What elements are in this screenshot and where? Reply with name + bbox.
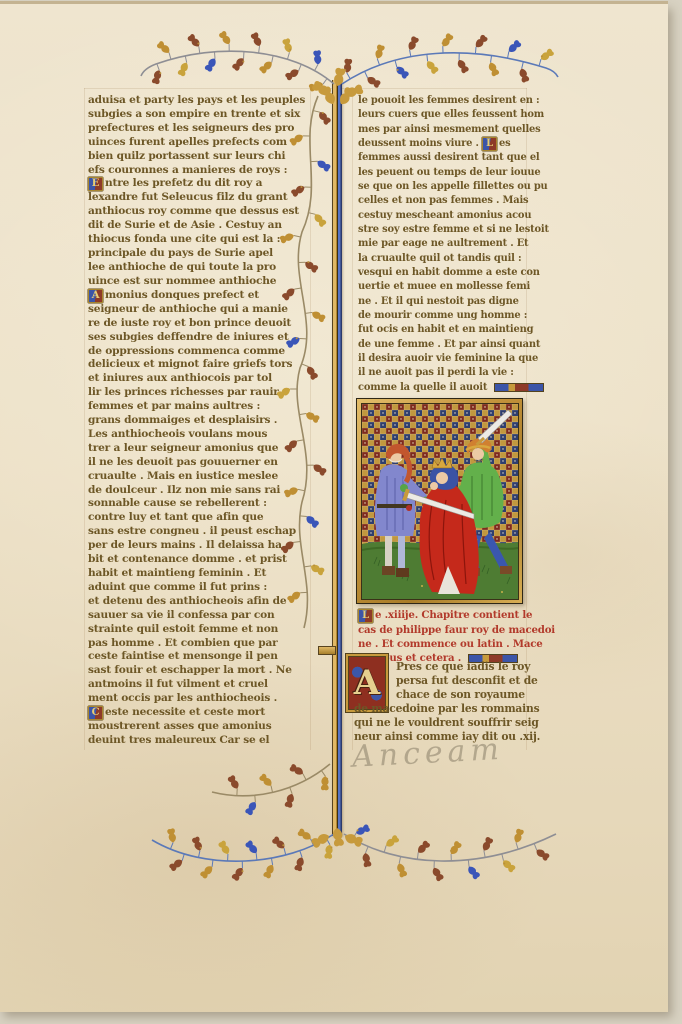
text-line: Ceste necessite et ceste mort xyxy=(88,706,314,720)
text-line: le pouoit les femmes desirent en : xyxy=(358,94,530,108)
champie-initial: A xyxy=(88,289,103,303)
text-line: sans estre congneu . il peust eschap xyxy=(88,525,314,539)
text-line: de doulceur . Ilz non mie sans rai xyxy=(88,484,314,498)
text-line: Les anthiocheois voulans mous xyxy=(88,428,314,442)
text-line: contre luy et tant que afin que xyxy=(88,511,314,525)
text-line: thiocus fonda une cite qui est la : xyxy=(88,233,314,247)
text-column-left: aduisa et party les pays et les peupless… xyxy=(88,94,314,748)
text-line: celles et non pas femmes . Mais xyxy=(358,194,530,208)
ruling-line xyxy=(352,88,353,750)
champie-initial: E xyxy=(88,177,103,191)
text-line: aduint que comme il fut prins : xyxy=(88,581,314,595)
text-line: chace de son royaume xyxy=(396,688,536,702)
text-line: ne . Et commence ou latin . Mace xyxy=(358,637,534,651)
text-line: cruaulte . Mais en iustice meslee xyxy=(88,470,314,484)
text-line: subgies a son empire en trente et six xyxy=(88,108,314,122)
text-line: per de leurs mains . Il delaissa ha xyxy=(88,539,314,553)
text-line: mes par ainsi mesmement quelles xyxy=(358,123,530,137)
text-line: deussent moins viure . Les xyxy=(358,137,530,151)
text-line: bit et contenance domme . et prist xyxy=(88,553,314,567)
text-line: cas de philippe faur roy de macedoi xyxy=(358,623,534,637)
chapter-text-indented: Pres ce que iadis le roypersa fut descon… xyxy=(396,660,536,703)
text-line: sonnable cause se rebellerent : xyxy=(88,497,314,511)
miniature-assassination-scene xyxy=(356,398,523,604)
text-line: lee anthioche de qui toute la pro xyxy=(88,261,314,275)
text-line: habit et maintieng feminin . Et xyxy=(88,567,314,581)
text-line: strainte quil estoit femme et non xyxy=(88,623,314,637)
text-line: femmes et par mains aultres : xyxy=(88,400,314,414)
text-line: grans dommaiges et desplaisirs . xyxy=(88,414,314,428)
text-line: delicieux et mignot faire griefs tors xyxy=(88,358,314,372)
text-line: de mourir comme ung homme : xyxy=(358,309,530,323)
gold-bar-elbow xyxy=(318,646,336,655)
text-line: bien quilz portassent sur leurs chi xyxy=(88,150,314,164)
text-line: Entre les prefetz du dit roy a xyxy=(88,177,314,191)
text-line: lexandre fut Seleucus filz du grant xyxy=(88,191,314,205)
text-line: ses subgies deffendre de iniures et xyxy=(88,331,314,345)
text-line: Amonius donques prefect et xyxy=(88,289,314,303)
text-line: uinces furent apelles prefects com xyxy=(88,136,314,150)
text-line: comme la quelle il auoit xyxy=(358,381,530,395)
text-line: lir les princes richesses par rauir xyxy=(88,386,314,400)
text-line: il ne les deuoit pas gouuerner en xyxy=(88,456,314,470)
text-line: de une femme . Et par ainsi quant xyxy=(358,338,530,352)
champie-initial: C xyxy=(88,706,103,720)
text-line: et iniures aux anthiocois par tol xyxy=(88,372,314,386)
text-line: antmoins il fut vilment et cruel xyxy=(88,678,314,692)
text-column-right: le pouoit les femmes desirent en :leurs … xyxy=(358,94,530,395)
text-line: vesqui en habit domme a este con xyxy=(358,266,530,280)
text-line: cestuy mescheant amonius acou xyxy=(358,209,530,223)
line-filler xyxy=(494,383,544,392)
gold-bar-border xyxy=(332,80,342,836)
text-line: uertie et muee en mollesse femi xyxy=(358,280,530,294)
text-line: principale du pays de Surie apel xyxy=(88,247,314,261)
ruling-line xyxy=(84,88,527,89)
text-line: sast fouir et eschapper la mort . Ne xyxy=(88,664,314,678)
text-line: les peuent ou temps de leur iouue xyxy=(358,166,530,180)
manuscript-page: aduisa et party les pays et les peupless… xyxy=(0,0,682,1024)
text-line: qui ne le vouldrent souffrir seig xyxy=(354,716,534,730)
text-line: seigneur de anthioche qui a manie xyxy=(88,303,314,317)
text-line: et detenu des anthiocheois afin de xyxy=(88,595,314,609)
text-line: anthiocus roy comme que dessus est xyxy=(88,205,314,219)
text-line: re de iuste roy et bon prince deuoit xyxy=(88,317,314,331)
champie-initial: L xyxy=(482,137,497,151)
text-line: stre soy estre femme et si ne lestoit xyxy=(358,223,530,237)
text-line: de oppressions commenca comme xyxy=(88,345,314,359)
text-line: dit de Surie et de Asie . Cestuy an xyxy=(88,219,314,233)
text-line: la cruaulte quil ot tandis quil : xyxy=(358,252,530,266)
text-line: prefectures et les seigneurs des pro xyxy=(88,122,314,136)
text-line: il ne auoit pas il perdi la vie : xyxy=(358,366,530,380)
text-line: ne . Et il qui nestoit pas digne xyxy=(358,295,530,309)
text-line: se que on les appelle fillettes ou pu xyxy=(358,180,530,194)
text-line: il desira auoir vie feminine la que xyxy=(358,352,530,366)
text-line: pas homme . Et combien que par xyxy=(88,637,314,651)
text-line: moustrerent asses que amonius xyxy=(88,720,314,734)
ruling-line xyxy=(84,88,85,750)
text-line: leurs cuers que elles feussent hom xyxy=(358,108,530,122)
text-line: trer a leur seigneur amonius que xyxy=(88,442,314,456)
text-line: femmes aussi desirent tant que el xyxy=(358,151,530,165)
text-line: ceste faintise et mensonge il pen xyxy=(88,650,314,664)
text-line: uince est sur nommee anthioche xyxy=(88,275,314,289)
text-line: Pres ce que iadis le roy xyxy=(396,660,536,674)
text-line: aduisa et party les pays et les peuples xyxy=(88,94,314,108)
text-line: Le .xiiije. Chapitre contient le xyxy=(358,608,534,623)
text-line: mie par eage ne aultrement . Et xyxy=(358,237,530,251)
text-line: fut ocis en habit et en maintieng xyxy=(358,323,530,337)
text-line: persa fut desconfit et de xyxy=(396,674,536,688)
text-line: sauuer sa vie il confessa par con xyxy=(88,609,314,623)
text-line: de macedoine par les rommains xyxy=(354,702,534,716)
champie-initial: L xyxy=(358,609,373,623)
text-line: ment occis par les anthiocheois . xyxy=(88,692,314,706)
text-line: deuint tres maleureux Car se el xyxy=(88,734,314,748)
text-line: efs couronnes a manieres de roys : xyxy=(88,164,314,178)
